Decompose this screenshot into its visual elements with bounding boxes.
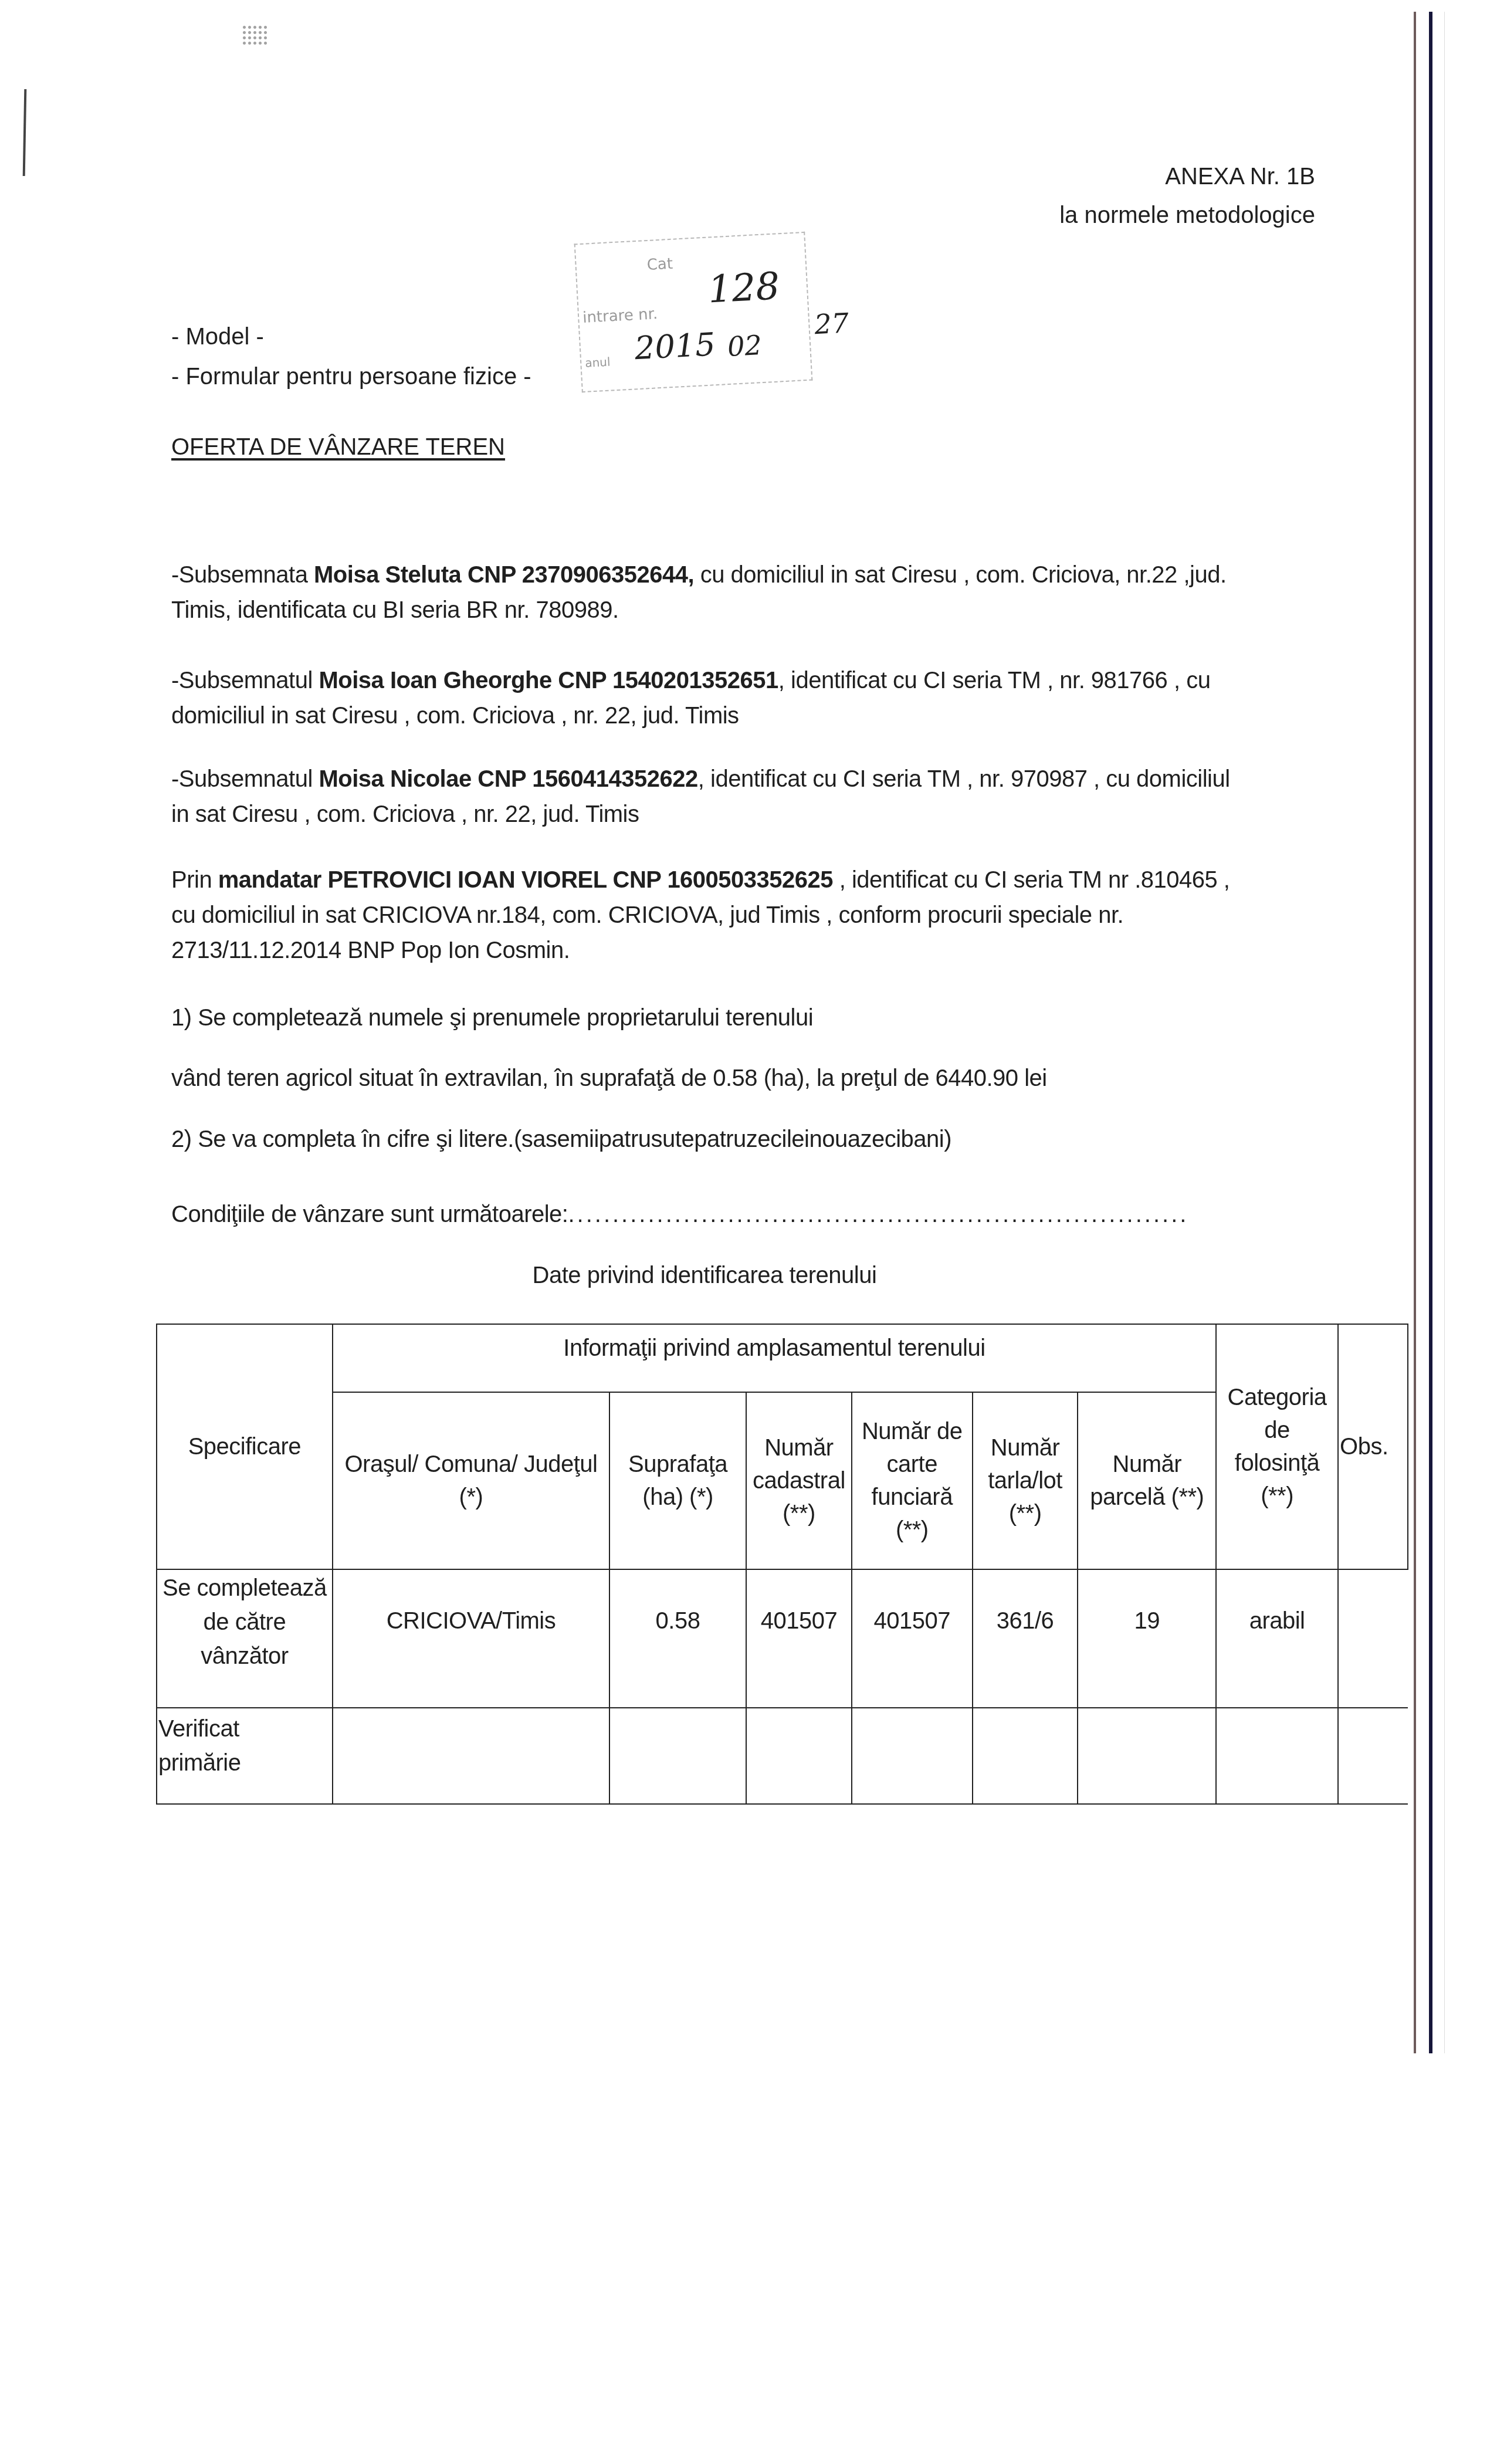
- cell-plot-lot: [973, 1708, 1078, 1804]
- table-row: Verificatprimărie: [157, 1708, 1408, 1804]
- col-header-spec: Specificare: [157, 1324, 333, 1569]
- model-label: - Model -: [171, 317, 531, 357]
- col-header-parcel: Numărparcelă (**): [1078, 1392, 1216, 1569]
- cell-obs: [1338, 1708, 1408, 1804]
- note-owner-name: 1) Se completează numele şi prenumele pr…: [171, 1000, 1315, 1035]
- sale-conditions: Condiţiile de vânzare sunt următoarele:.…: [171, 1197, 1315, 1232]
- cell-area: 0.58: [609, 1569, 746, 1708]
- registration-stamp: Cat intrare nr. anul 128 2015 02 27: [574, 232, 813, 392]
- table-header-row: Specificare Informaţii privind amplasame…: [157, 1324, 1408, 1392]
- cell-land-book: [852, 1708, 973, 1804]
- col-header-location: Oraşul/ Comuna/ Judeţul(*): [333, 1392, 609, 1569]
- col-header-obs: Obs.: [1338, 1324, 1408, 1569]
- mandatary-identity: mandatar PETROVICI IOAN VIOREL CNP 16005…: [218, 867, 833, 893]
- stamp-handwritten-month: 02: [727, 329, 763, 363]
- cell-plot-lot: 361/6: [973, 1569, 1078, 1708]
- page-edge-line: [1429, 12, 1432, 2053]
- seller-paragraph: -Subsemnatul Moisa Nicolae CNP 156041435…: [171, 761, 1315, 832]
- page-edge-line: [1444, 12, 1445, 2053]
- cell-obs: [1338, 1569, 1408, 1708]
- cell-parcel: [1078, 1708, 1216, 1804]
- stamp-label: intrare nr.: [582, 305, 658, 327]
- cell-cadastral: 401507: [746, 1569, 852, 1708]
- cell-spec: Verificatprimărie: [157, 1708, 333, 1804]
- cell-parcel: 19: [1078, 1569, 1216, 1708]
- col-header-area: Suprafaţa(ha) (*): [609, 1392, 746, 1569]
- seller-identity: Moisa Ioan Gheorghe CNP 1540201352651: [319, 668, 778, 693]
- annex-heading: ANEXA Nr. 1B la normele metodologice: [1059, 157, 1315, 235]
- mandatary-paragraph: Prin mandatar PETROVICI IOAN VIOREL CNP …: [171, 862, 1315, 968]
- section-title: Date privind identificarea terenului: [0, 1258, 1497, 1293]
- seller-identity: Moisa Nicolae CNP 1560414352622: [319, 766, 697, 792]
- form-type: - Formular pentru persoane fizice -: [171, 357, 531, 397]
- scan-speck: [242, 25, 269, 46]
- seller-paragraph: -Subsemnatul Moisa Ioan Gheorghe CNP 154…: [171, 663, 1315, 733]
- cell-location: CRICIOVA/Timis: [333, 1569, 609, 1708]
- cell-use-category: arabil: [1216, 1569, 1338, 1708]
- annex-subtitle: la normele metodologice: [1059, 196, 1315, 235]
- cell-cadastral: [746, 1708, 852, 1804]
- form-model-labels: - Model - - Formular pentru persoane fiz…: [171, 317, 531, 397]
- stamp-label: anul: [585, 355, 611, 370]
- cell-spec: Se completeazăde cătrevânzător: [157, 1569, 333, 1708]
- cell-use-category: [1216, 1708, 1338, 1804]
- conditions-label: Condiţiile de vânzare sunt următoarele:: [171, 1201, 568, 1227]
- land-identification-table: Specificare Informaţii privind amplasame…: [156, 1324, 1408, 1805]
- col-group-header: Informaţii privind amplasamentul terenul…: [333, 1324, 1216, 1392]
- sale-statement: vând teren agricol situat în extravilan,…: [171, 1061, 1315, 1096]
- annex-title: ANEXA Nr. 1B: [1059, 157, 1315, 196]
- col-header-plot-lot: Numărtarla/lot(**): [973, 1392, 1078, 1569]
- note-price-words: 2) Se va completa în cifre şi litere.(sa…: [171, 1122, 1315, 1157]
- table-row: Se completeazăde cătrevânzător CRICIOVA/…: [157, 1569, 1408, 1708]
- col-header-use-category: Categoriadefolosinţă(**): [1216, 1324, 1338, 1569]
- pen-mark: [23, 89, 27, 176]
- stamp-label: Cat: [646, 255, 673, 274]
- document-title: OFERTA DE VÂNZARE TEREN: [171, 434, 505, 461]
- stamp-handwritten-year: 2015: [634, 326, 716, 367]
- stamp-handwritten-number: 128: [707, 265, 781, 312]
- stamp-handwritten-day: 27: [814, 307, 849, 340]
- seller-paragraph: -Subsemnata Moisa Steluta CNP 2370906352…: [171, 557, 1315, 628]
- col-header-land-book: Număr decartefunciară(**): [852, 1392, 973, 1569]
- cell-land-book: 401507: [852, 1569, 973, 1708]
- conditions-blank: ........................................…: [568, 1201, 1188, 1227]
- page-edge-line: [1414, 12, 1416, 2053]
- col-header-cadastral: Numărcadastral(**): [746, 1392, 852, 1569]
- cell-area: [609, 1708, 746, 1804]
- cell-location: [333, 1708, 609, 1804]
- seller-identity: Moisa Steluta CNP 2370906352644,: [314, 562, 694, 588]
